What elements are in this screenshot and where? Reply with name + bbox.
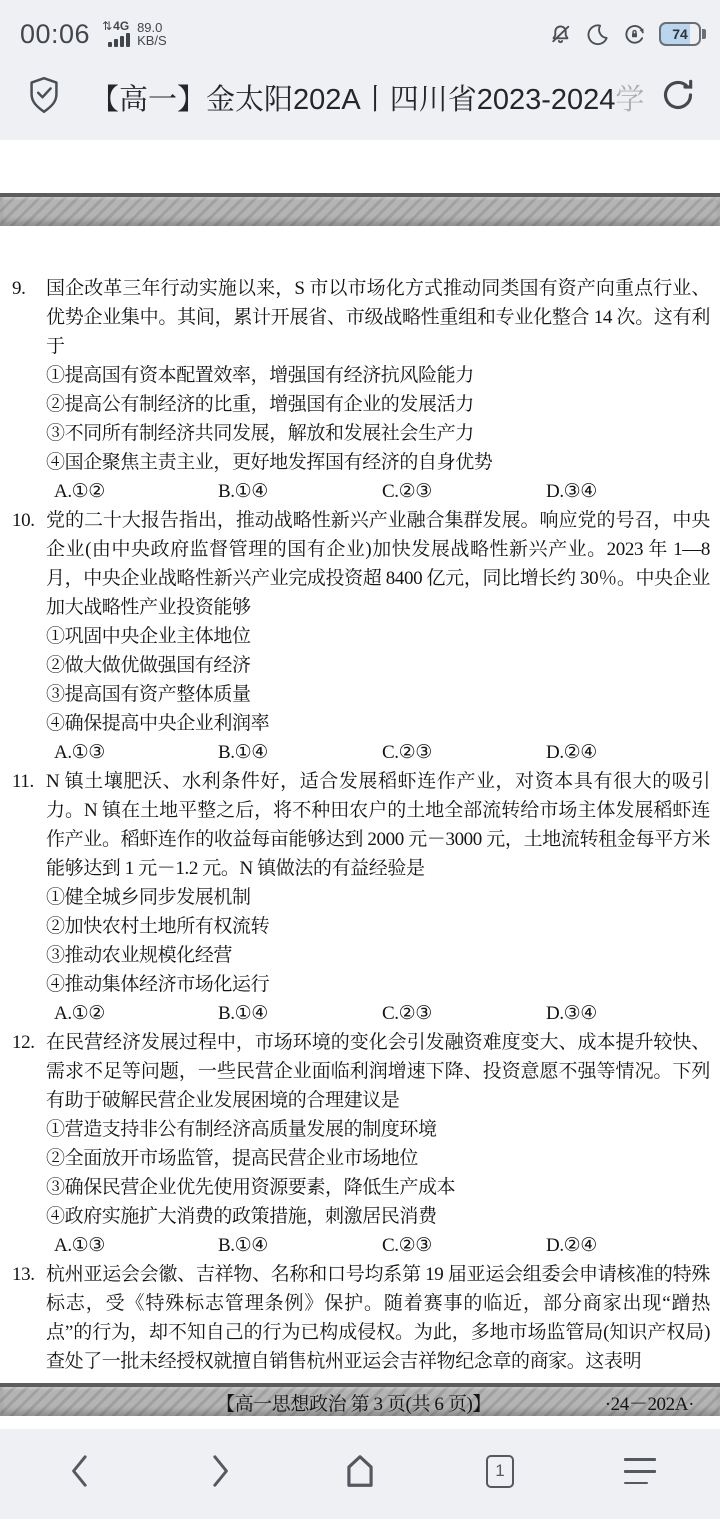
question-items: ①营造支持非公有制经济高质量发展的制度环境②全面放开市场监管，提高民营企业市场地… — [46, 1115, 710, 1231]
signal-strength-icon — [108, 33, 130, 47]
page-title[interactable]: 【高一】金太阳202A丨四川省2023-2024学 — [90, 77, 644, 118]
statement-item: ①健全城乡同步发展机制 — [46, 883, 710, 912]
question-items: ①巩固中央企业主体地位②做大做优做强国有经济③提高国有资产整体质量④确保提高中央… — [46, 622, 710, 738]
notifications-muted-icon — [548, 22, 573, 47]
browser-chrome: 00:06 ⇅ 4G 89.0 KB/S — [0, 0, 720, 140]
statement-item: ④国企聚焦主责主业，更好地发挥国有经济的自身优势 — [46, 448, 710, 477]
page-footer: 【高一思想政治 第 3 页(共 6 页)】 ·24－202A· — [8, 1390, 710, 1420]
question-options: A.①②B.①④C.②③D.③④ — [54, 999, 710, 1028]
question-items: ①健全城乡同步发展机制②加快农村土地所有权流转③推动农业规模化经营④推动集体经济… — [46, 883, 710, 999]
answer-option: D.②④ — [546, 1231, 710, 1260]
page-top-margin — [0, 140, 720, 193]
exam-document-page: 9. 国企改革三年行动实施以来，S 市以市场化方式推动同类国有资产向重点行业、优… — [0, 226, 720, 1383]
battery-percent: 74 — [672, 26, 688, 42]
answer-option: C.②③ — [382, 738, 546, 767]
question-number: 11. — [12, 767, 34, 796]
question-number: 9. — [12, 274, 25, 303]
statement-item: ②提高公有制经济的比重，增强国有企业的发展活力 — [46, 390, 710, 419]
answer-option: B.①④ — [218, 738, 382, 767]
question-stem: N 镇土壤肥沃、水利条件好，适合发展稻虾连作产业，对资本具有很大的吸引力。N 镇… — [46, 767, 710, 883]
statement-item: ④确保提高中央企业利润率 — [46, 709, 710, 738]
question-stem: 党的二十大报告指出，推动战略性新兴产业融合集群发展。响应党的号召，中央企业(由中… — [46, 506, 710, 622]
statement-item: ③确保民营企业优先使用资源要素，降低生产成本 — [46, 1173, 710, 1202]
status-bar: 00:06 ⇅ 4G 89.0 KB/S — [0, 0, 720, 62]
answer-option: D.③④ — [546, 477, 710, 506]
rotation-lock-icon — [622, 22, 647, 47]
answer-option: A.①③ — [54, 1231, 218, 1260]
answer-option: A.①② — [54, 477, 218, 506]
phone-screen: 00:06 ⇅ 4G 89.0 KB/S — [0, 0, 720, 1520]
statement-item: ①巩固中央企业主体地位 — [46, 622, 710, 651]
question-stem: 国企改革三年行动实施以来，S 市以市场化方式推动同类国有资产向重点行业、优势企业… — [46, 274, 710, 361]
clock-time: 00:06 — [20, 19, 90, 50]
question-items: ①提高国有资本配置效率，增强国有经济抗风险能力②提高公有制经济的比重，增强国有企… — [46, 361, 710, 477]
question-block: 11. N 镇土壤肥沃、水利条件好，适合发展稻虾连作产业，对资本具有很大的吸引力… — [8, 767, 710, 1028]
answer-option: C.②③ — [382, 477, 546, 506]
network-speed: 89.0 KB/S — [137, 21, 167, 48]
answer-option: D.②④ — [546, 738, 710, 767]
question-list: 9. 国企改革三年行动实施以来，S 市以市场化方式推动同类国有资产向重点行业、优… — [8, 274, 710, 1376]
statement-item: ①营造支持非公有制经济高质量发展的制度环境 — [46, 1115, 710, 1144]
answer-option: C.②③ — [382, 1231, 546, 1260]
tab-count-badge: 1 — [486, 1455, 514, 1488]
question-block: 12. 在民营经济发展过程中，市场环境的变化会引发融资难度变大、成本提升较快、需… — [8, 1028, 710, 1260]
navigation-bar: 1 — [0, 1429, 720, 1519]
network-type-label: 4G — [113, 20, 129, 32]
page-title-truncated-char: 学 — [615, 84, 644, 116]
tabs-button[interactable]: 1 — [478, 1449, 522, 1493]
night-mode-moon-icon — [585, 22, 610, 47]
browser-title-bar: 【高一】金太阳202A丨四川省2023-2024学 — [0, 62, 720, 140]
answer-option: B.①④ — [218, 1231, 382, 1260]
statement-item: ②加快农村土地所有权流转 — [46, 912, 710, 941]
menu-lines-icon — [624, 1458, 656, 1485]
question-block: 9. 国企改革三年行动实施以来，S 市以市场化方式推动同类国有资产向重点行业、优… — [8, 274, 710, 506]
statement-item: ③推动农业规模化经营 — [46, 941, 710, 970]
back-button[interactable] — [58, 1449, 102, 1493]
footer-page-info: 【高一思想政治 第 3 页(共 6 页)】 — [216, 1390, 491, 1419]
battery-indicator: 74 — [659, 22, 706, 46]
answer-option: A.①② — [54, 999, 218, 1028]
speed-unit: KB/S — [137, 34, 167, 48]
question-options: A.①③B.①④C.②③D.②④ — [54, 1231, 710, 1260]
speed-value: 89.0 — [137, 21, 167, 35]
statement-item: ②全面放开市场监管，提高民营企业市场地位 — [46, 1144, 710, 1173]
home-button[interactable] — [338, 1449, 382, 1493]
refresh-button[interactable] — [658, 75, 698, 120]
question-stem: 杭州亚运会会徽、吉祥物、名称和口号均系第 19 届亚运会组委会申请核准的特殊标志… — [46, 1260, 710, 1376]
question-number: 12. — [12, 1028, 35, 1057]
question-options: A.①③B.①④C.②③D.②④ — [54, 738, 710, 767]
question-stem: 在民营经济发展过程中，市场环境的变化会引发融资难度变大、成本提升较快、需求不足等… — [46, 1028, 710, 1115]
battery-nub — [702, 29, 706, 39]
question-options: A.①②B.①④C.②③D.③④ — [54, 477, 710, 506]
question-block: 10. 党的二十大报告指出，推动战略性新兴产业融合集群发展。响应党的号召，中央企… — [8, 506, 710, 767]
scan-edge-band-top — [0, 193, 720, 226]
network-indicator: ⇅ 4G 89.0 KB/S — [102, 20, 167, 48]
question-number: 13. — [12, 1260, 35, 1289]
statement-item: ③不同所有制经济共同发展，解放和发展社会生产力 — [46, 419, 710, 448]
statement-item: ③提高国有资产整体质量 — [46, 680, 710, 709]
statement-item: ②做大做优做强国有经济 — [46, 651, 710, 680]
page-title-text: 【高一】金太阳202A丨四川省2023-2024 — [90, 84, 615, 116]
answer-option: C.②③ — [382, 999, 546, 1028]
menu-button[interactable] — [618, 1449, 662, 1493]
data-arrows-icon: ⇅ — [102, 20, 112, 32]
answer-option: A.①③ — [54, 738, 218, 767]
question-number: 10. — [12, 506, 35, 535]
statement-item: ④政府实施扩大消费的政策措施，刺激居民消费 — [46, 1202, 710, 1231]
statement-item: ④推动集体经济市场化运行 — [46, 970, 710, 999]
question-block: 13. 杭州亚运会会徽、吉祥物、名称和口号均系第 19 届亚运会组委会申请核准的… — [8, 1260, 710, 1376]
answer-option: D.③④ — [546, 999, 710, 1028]
answer-option: B.①④ — [218, 999, 382, 1028]
answer-option: B.①④ — [218, 477, 382, 506]
footer-paper-code: ·24－202A· — [605, 1390, 694, 1419]
forward-button[interactable] — [198, 1449, 242, 1493]
site-security-shield-icon[interactable] — [26, 76, 62, 119]
statement-item: ①提高国有资本配置效率，增强国有经济抗风险能力 — [46, 361, 710, 390]
